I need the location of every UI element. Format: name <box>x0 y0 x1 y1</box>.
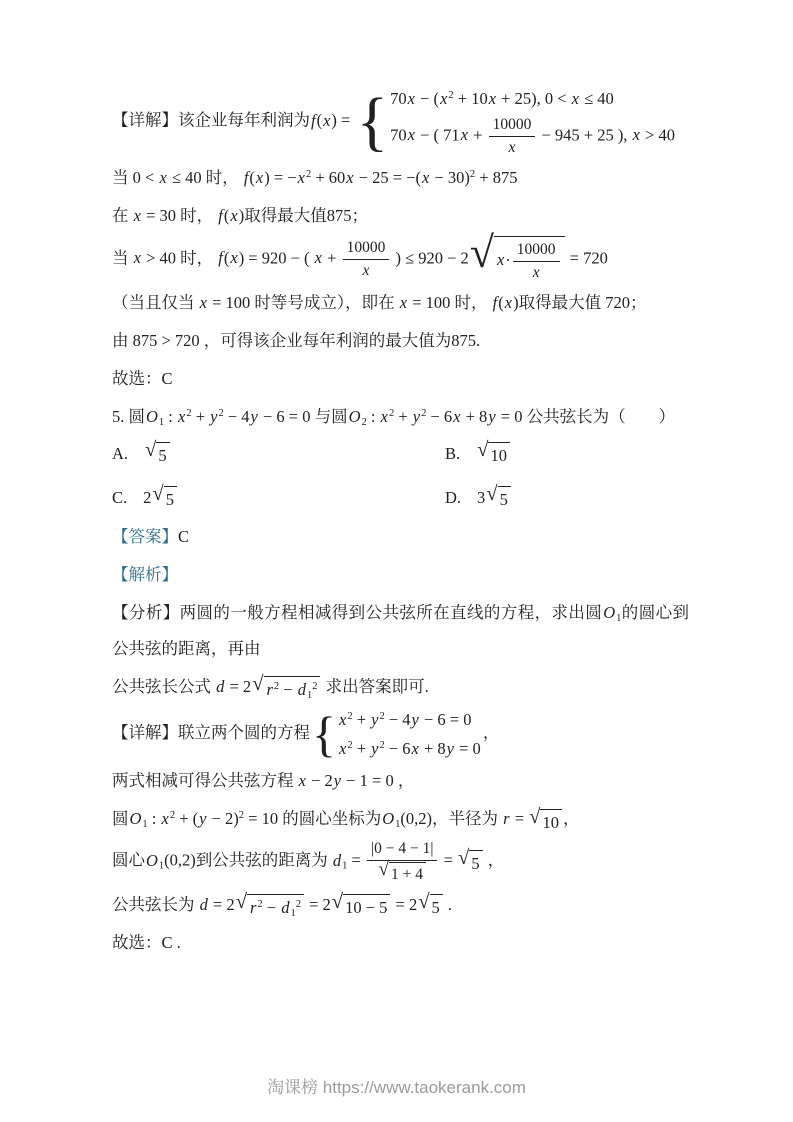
max-value-875-line: 在 x = 30 时， f(x)取得最大值875； <box>112 198 689 234</box>
option-d-value: 3√5 <box>477 481 512 515</box>
detail-system-line: 【详解】联立两个圆的方程{x2 + y2 − 4y − 6 = 0x2 + y2… <box>112 707 689 761</box>
option-b: B. √10 <box>445 437 689 471</box>
circle1-center-radius-line: 圆O1 : x2 + (y − 2)2 = 10 的圆心坐标为O1(0,2)，半… <box>112 801 689 837</box>
equality-condition-line: （当且仅当 x = 100 时等号成立），即在 x = 100 时， f(x)取… <box>112 285 689 321</box>
chord-length-result-line: 公共弦长为 d = 2√r2 − d12 = 2√10 − 5 = 2√5 . <box>112 887 689 923</box>
question-5-stem-line: 5. 圆O1 : x2 + y2 − 4y − 6 = 0 与圆O2 : x2 … <box>112 399 689 435</box>
option-b-value: √10 <box>476 442 511 466</box>
option-a-value: √5 <box>144 442 171 466</box>
option-d-label: D. <box>445 481 461 515</box>
answer-line: 【答案】C <box>112 519 689 555</box>
analysis-method-line: 【分析】两圆的一般方程相减得到公共弦所在直线的方程，求出圆O1的圆心到公共弦的距… <box>112 595 689 667</box>
page-content: 【详解】该企业每年利润为f(x) = {70x − (x2 + 10x + 25… <box>0 0 793 961</box>
option-a-label: A. <box>112 437 128 471</box>
detail-piecewise-profit-line: 【详解】该企业每年利润为f(x) = {70x − (x2 + 10x + 25… <box>112 86 689 158</box>
choose-c-final-line: 故选：C . <box>112 925 689 961</box>
option-d: D. 3√5 <box>445 481 689 515</box>
option-a: A. √5 <box>112 437 445 471</box>
answer-options: A. √5 B. √10 C. 2√5 D. 3√5 <box>112 437 689 515</box>
distance-to-chord-line: 圆心O1(0,2)到公共弦的距离为 d1 = |0 − 4 − 1|√1 + 4… <box>112 839 689 885</box>
footer-watermark: 淘课榜 https://www.taokerank.com <box>267 1078 526 1097</box>
option-c-label: C. <box>112 481 127 515</box>
common-chord-equation-line: 两式相减可得公共弦方程 x − 2y − 1 = 0 ， <box>112 763 689 799</box>
option-b-label: B. <box>445 437 460 471</box>
page-footer: 淘课榜 https://www.taokerank.com <box>0 1073 793 1098</box>
option-c-value: 2√5 <box>143 481 178 515</box>
amgm-inequality-line: 当 x > 40 时， f(x) = 920 − ( x + 10000x ) … <box>112 236 689 283</box>
option-c: C. 2√5 <box>112 481 445 515</box>
choose-c-first-line: 故选：C <box>112 361 689 397</box>
jiexi-header-line: 【解析】 <box>112 557 689 593</box>
conclusion-875-line: 由 875 > 720 ，可得该企业每年利润的最大值为875. <box>112 323 689 359</box>
quadratic-completion-line: 当 0 < x ≤ 40 时， f(x) = −x2 + 60x − 25 = … <box>112 160 689 196</box>
chord-length-formula-line: 公共弦长公式 d = 2√r2 − d12 求出答案即可. <box>112 669 689 705</box>
exam-solution-page: 【详解】该企业每年利润为f(x) = {70x − (x2 + 10x + 25… <box>0 0 793 1122</box>
